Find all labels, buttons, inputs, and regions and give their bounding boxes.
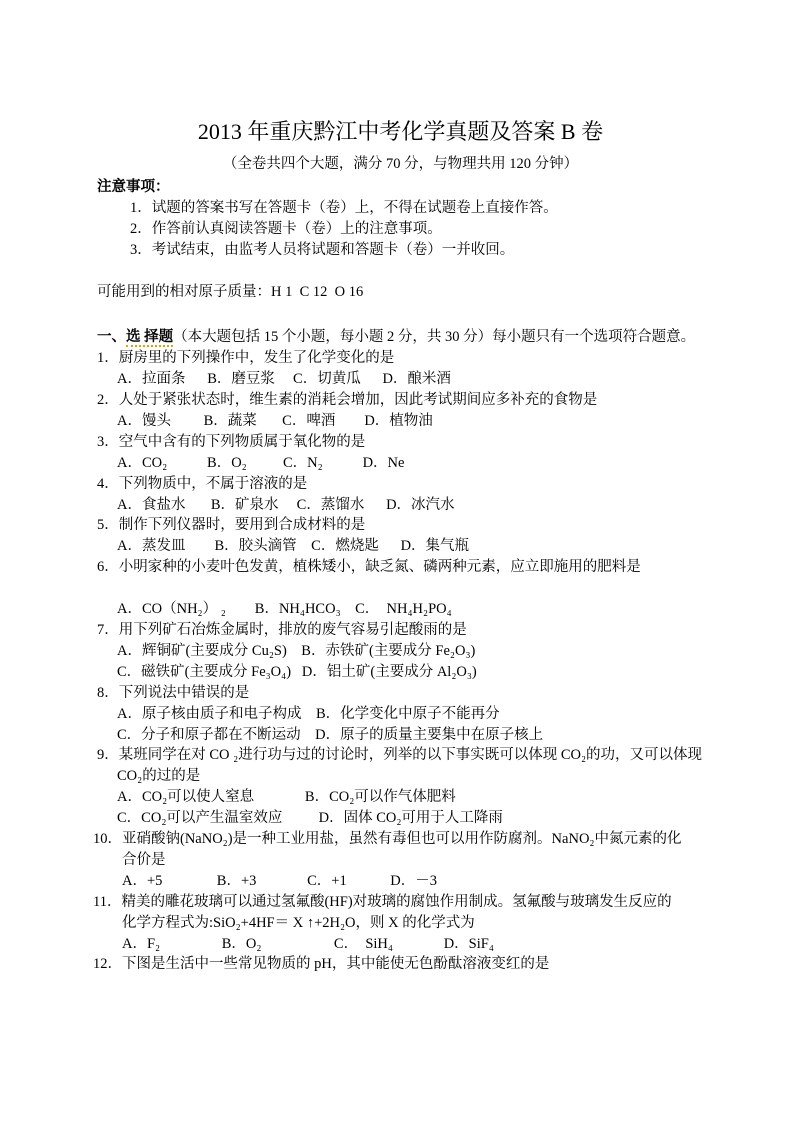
question-9-line-4: C．CO₂可以产生温室效应 D．固体 CO₂可用于人工降雨 — [97, 808, 704, 829]
question-11-line-3: A．F₂ B．O₂ C． SiH₄ D．SiF₄ — [97, 934, 704, 955]
question-11-line-1: 11．精美的雕花玻璃可以通过氢氟酸(HF)对玻璃的腐蚀作用制成。氢氟酸与玻璃发生… — [93, 892, 704, 913]
question-1-line-2: A．拉面条 B．磨豆浆 C．切黄瓜 D．酿米酒 — [97, 369, 704, 390]
question-5-line-1: 5．制作下列仪器时，要用到合成材料的是 — [97, 515, 704, 536]
question-list: 1．厨房里的下列操作中，发生了化学变化的是A．拉面条 B．磨豆浆 C．切黄瓜 D… — [97, 348, 704, 975]
question-4-line-1: 4．下列物质中，不属于溶液的是 — [97, 474, 704, 495]
question-10-line-1: 10．亚硝酸钠(NaNO₂)是一种工业用盐，虽然有毒但也可以用作防腐剂。NaNO… — [93, 829, 704, 850]
question-10-line-2: 合价是 — [97, 850, 704, 871]
question-2-line-2: A．馒头 B．蔬菜 C．啤酒 D．植物油 — [97, 411, 704, 432]
section-description: （本大题包括 15 个小题，每小题 2 分，共 30 分）每小题只有一个选项符合… — [173, 329, 695, 345]
section-number: 一、 — [97, 329, 126, 345]
notice-heading: 注意事项： — [97, 177, 704, 198]
section-heading: 一、选 择题（本大题包括 15 个小题，每小题 2 分，共 30 分）每小题只有… — [97, 327, 704, 348]
question-6-line-2 — [97, 578, 704, 599]
question-6-line-1: 6．小明家种的小麦叶色发黄，植株矮小，缺乏氮、磷两种元素，应立即施用的肥料是 — [97, 557, 704, 578]
spacer — [97, 261, 704, 282]
question-11-line-2: 化学方程式为:SiO₂+4HF＝ X ↑+2H₂O，则 X 的化学式为 — [97, 913, 704, 934]
question-9-line-1: 9．某班同学在对 CO ₂进行功与过的讨论时，列举的以下事实既可以体现 CO₂的… — [97, 745, 704, 766]
question-7-line-2: A．辉铜矿(主要成分 Cu₂S) B．赤铁矿(主要成分 Fe₂O₃) — [97, 641, 704, 662]
question-8-line-2: A．原子核由质子和电子构成 B．化学变化中原子不能再分 — [97, 704, 704, 725]
question-9-line-2: CO₂的过的是 — [97, 766, 704, 787]
question-1-line-1: 1．厨房里的下列操作中，发生了化学变化的是 — [97, 348, 704, 369]
question-5-line-2: A．蒸发皿 B．胶头滴管 C．燃烧匙 D．集气瓶 — [97, 536, 704, 557]
question-3-line-1: 3．空气中含有的下列物质属于氧化物的是 — [97, 432, 704, 453]
notice-item-2: 2．作答前认真阅读答题卡（卷）上的注意事项。 — [97, 219, 704, 240]
question-4-line-2: A．食盐水 B．矿泉水 C．蒸馏水 D．冰汽水 — [97, 495, 704, 516]
atomic-mass-note: 可能用到的相对原子质量：H 1 C 12 O 16 — [97, 282, 704, 303]
question-10-line-3: A．+5 B．+3 C．+1 D．－3 — [97, 871, 704, 892]
page-subtitle: （全卷共四个大题，满分 70 分，与物理共用 120 分钟） — [97, 154, 704, 175]
spacer — [97, 302, 704, 323]
question-7-line-3: C．磁铁矿(主要成分 Fe₃O₄) D．铝土矿(主要成分 Al₂O₃) — [97, 662, 704, 683]
question-12-line-1: 12．下图是生活中一些常见物质的 pH，其中能使无色酚酞溶液变红的是 — [93, 954, 704, 975]
notice-item-1: 1．试题的答案书写在答题卡（卷）上，不得在试题卷上直接作答。 — [97, 198, 704, 219]
question-6-line-3: A．CO（NH₂） ₂ B．NH₄HCO₃ C． NH₄H₂PO₄ — [97, 599, 704, 620]
page-title: 2013 年重庆黔江中考化学真题及答案 B 卷 — [97, 118, 704, 146]
exam-page: 2013 年重庆黔江中考化学真题及答案 B 卷 （全卷共四个大题，满分 70 分… — [0, 0, 794, 1123]
question-8-line-3: C．分子和原子都在不断运动 D．原子的质量主要集中在原子核上 — [97, 725, 704, 746]
section-title: 选 择题 — [126, 329, 173, 347]
question-3-line-2: A．CO₂ B．O₂ C．N₂ D．Ne — [97, 453, 704, 474]
question-7-line-1: 7．用下列矿石冶炼金属时，排放的废气容易引起酸雨的是 — [97, 620, 704, 641]
question-9-line-3: A．CO₂可以使人窒息 B．CO₂可以作气体肥料 — [97, 787, 704, 808]
question-8-line-1: 8．下列说法中错误的是 — [97, 683, 704, 704]
question-2-line-1: 2．人处于紧张状态时，维生素的消耗会增加，因此考试期间应多补充的食物是 — [97, 390, 704, 411]
notice-item-3: 3．考试结束，由监考人员将试题和答题卡（卷）一并收回。 — [97, 240, 704, 261]
